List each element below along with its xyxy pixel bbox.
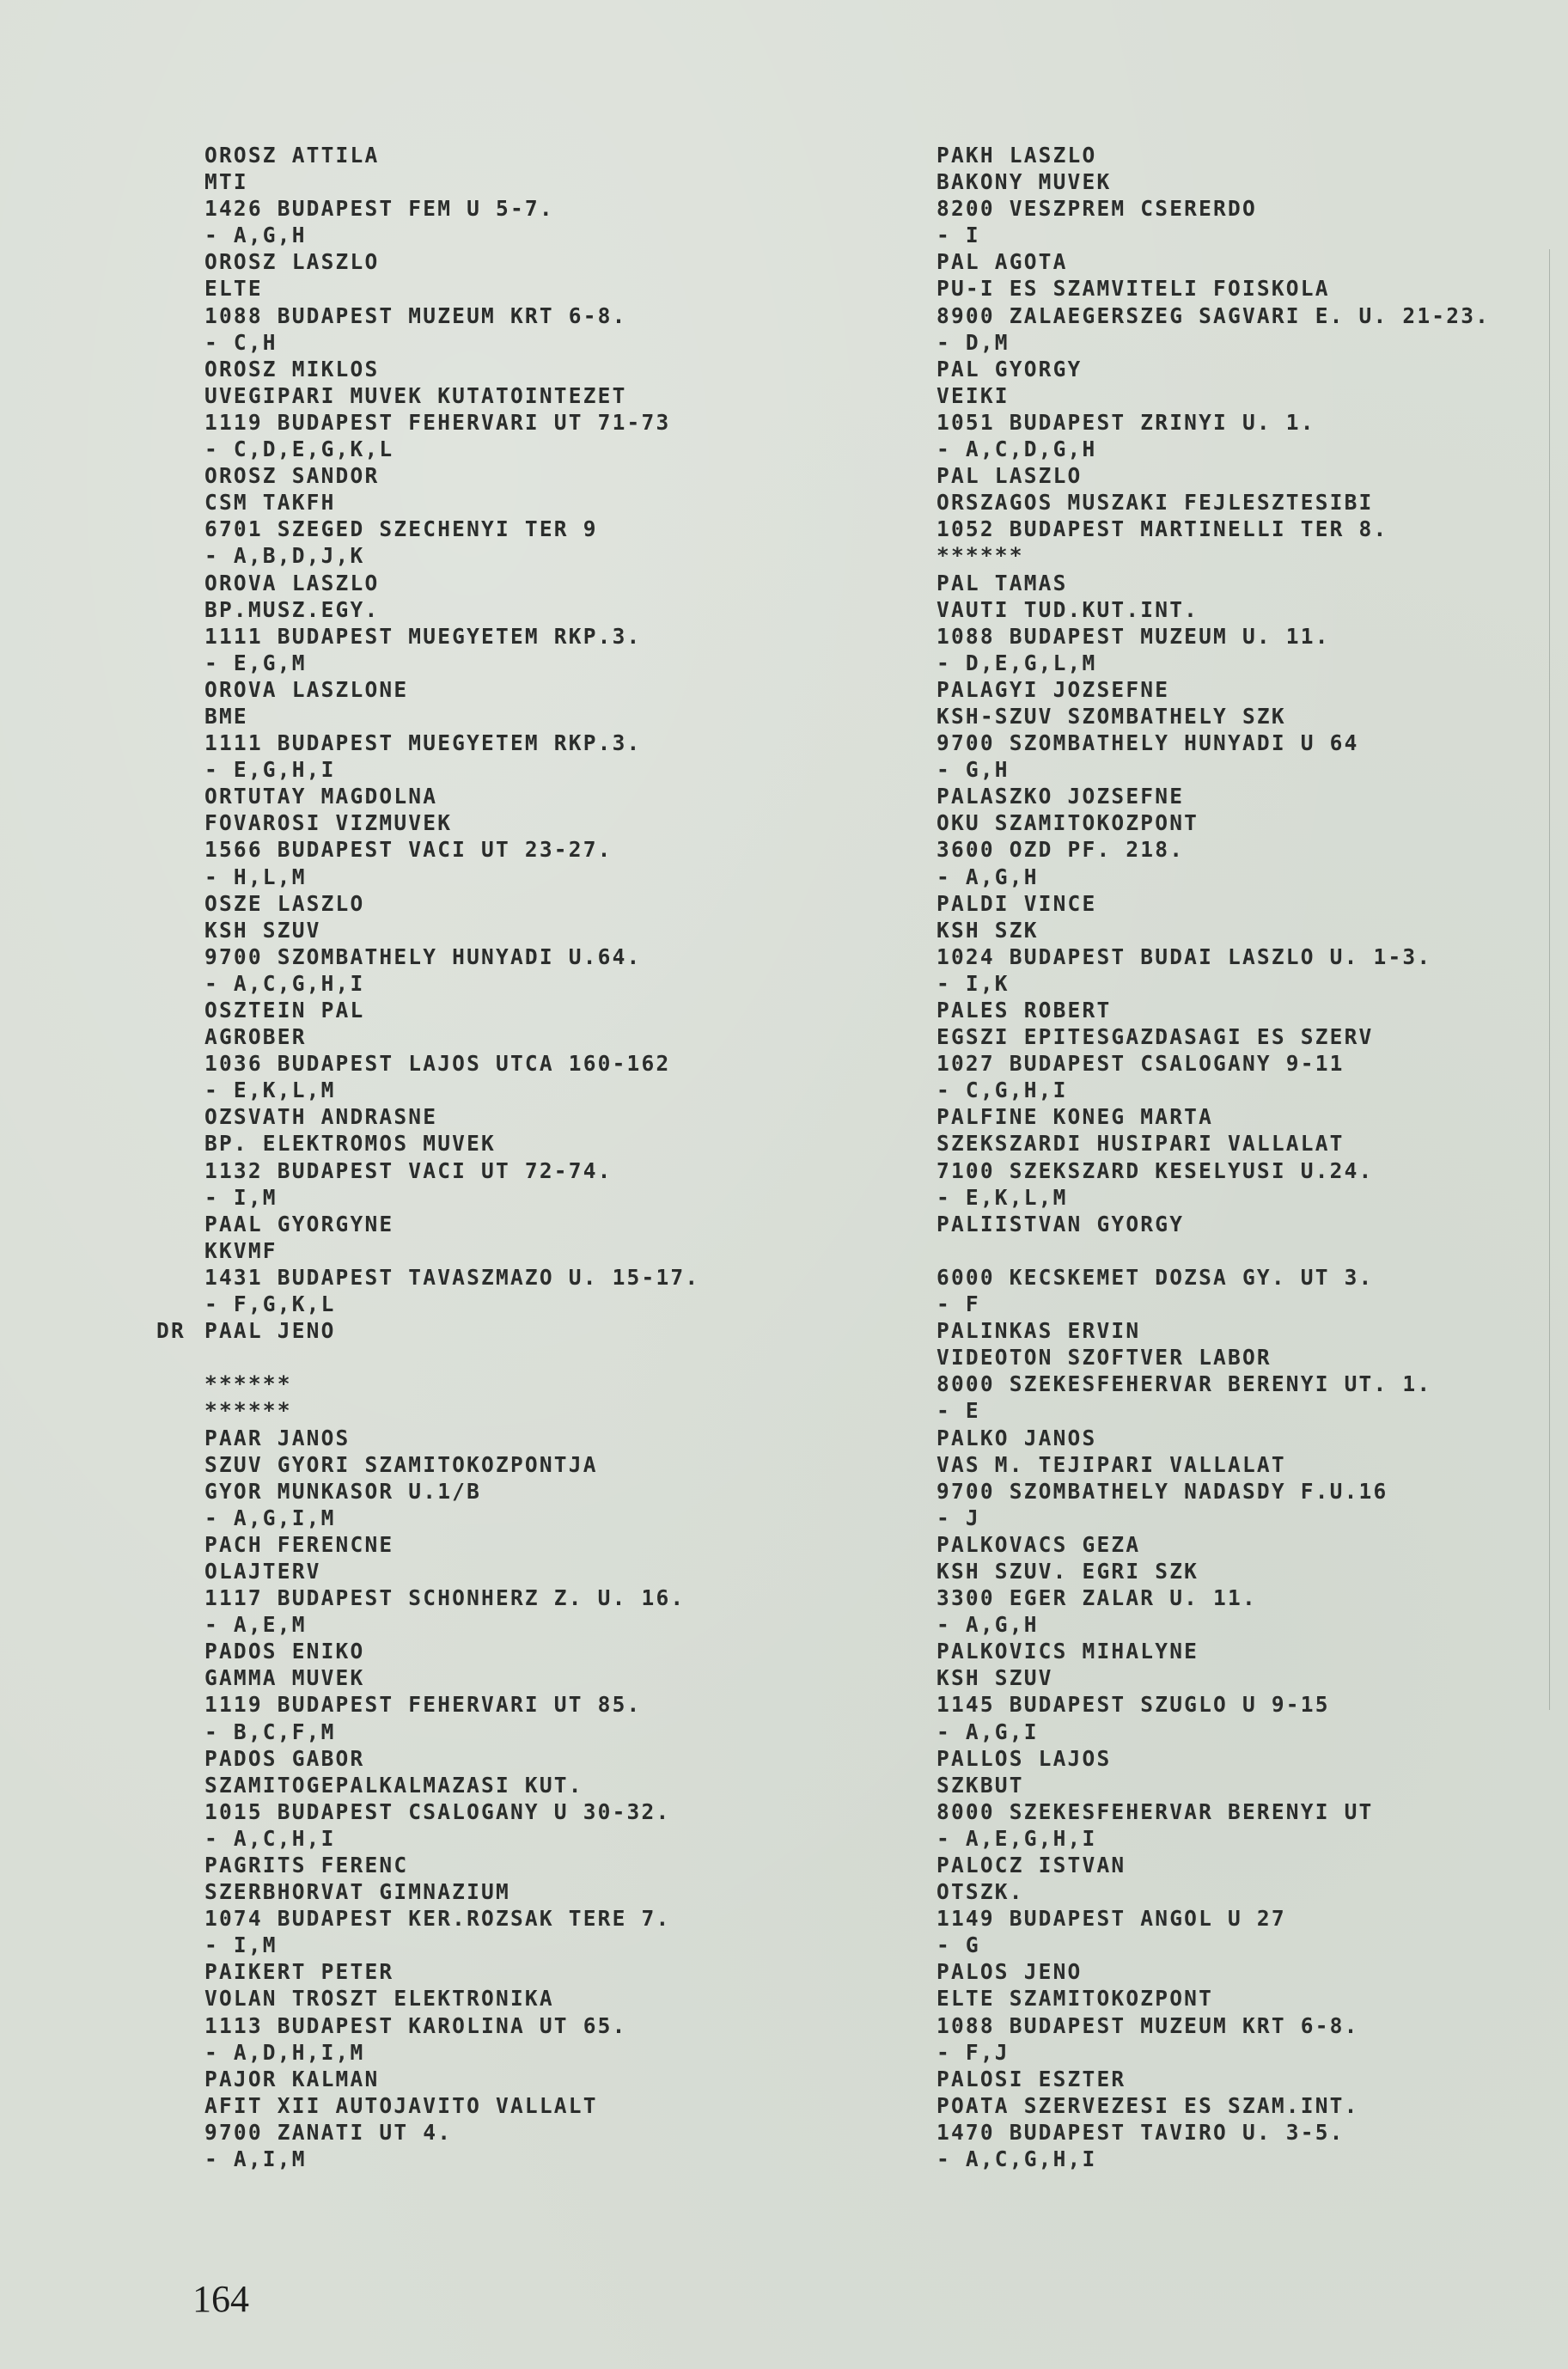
directory-line: 7100 SZEKSZARD KESELYUSI U.24.	[937, 1157, 1490, 1184]
directory-line: PALFINE KONEG MARTA	[937, 1103, 1490, 1130]
directory-line-text: MTI	[204, 169, 248, 194]
directory-line-text: - A,I,M	[204, 2146, 307, 2171]
directory-line-text: PALKO JANOS	[937, 1426, 1096, 1450]
directory-line-text: - A,E,M	[204, 1612, 307, 1637]
directory-line-text: 1051 BUDAPEST ZRINYI U. 1.	[937, 410, 1315, 435]
directory-line-text: PAAR JANOS	[204, 1426, 351, 1450]
directory-line: GAMMA MUVEK	[204, 1664, 699, 1691]
directory-line-text: 1113 BUDAPEST KAROLINA UT 65.	[204, 2013, 627, 2038]
directory-line-text: 1132 BUDAPEST VACI UT 72-74.	[204, 1158, 613, 1183]
directory-line: POATA SZERVEZESI ES SZAM.INT.	[937, 2092, 1490, 2119]
directory-line-text: BAKONY MUVEK	[937, 169, 1111, 194]
directory-line-text: PAKH LASZLO	[937, 143, 1096, 168]
directory-line-text: AFIT XII AUTOJAVITO VALLALT	[204, 2093, 598, 2118]
directory-line: 9700 SZOMBATHELY NADASDY F.U.16	[937, 1478, 1490, 1505]
directory-line-text: OTSZK.	[937, 1879, 1024, 1904]
directory-line-text: PALOS JENO	[937, 1959, 1083, 1984]
directory-line: 8900 ZALAEGERSZEG SAGVARI E. U. 21-23.	[937, 302, 1490, 329]
directory-line-text: VIDEOTON SZOFTVER LABOR	[937, 1345, 1272, 1370]
directory-line: - I	[937, 222, 1490, 248]
directory-line-text: - E,G,M	[204, 650, 307, 675]
directory-line: ORSZAGOS MUSZAKI FEJLESZTESIBI	[937, 489, 1490, 516]
directory-line-text: 8200 VESZPREM CSERERDO	[937, 196, 1257, 221]
directory-line: KSH SZUV	[204, 917, 699, 943]
directory-line: ******	[937, 542, 1490, 569]
directory-line: KSH SZK	[937, 917, 1490, 943]
directory-line-text: - A,C,H,I	[204, 1826, 336, 1851]
directory-line: - C,G,H,I	[937, 1077, 1490, 1103]
directory-column-right: PAKH LASZLOBAKONY MUVEK8200 VESZPREM CSE…	[937, 142, 1490, 2172]
directory-line: - A,G,I,M	[204, 1505, 699, 1531]
directory-line: BP. ELEKTROMOS MUVEK	[204, 1130, 699, 1157]
directory-line: - E	[937, 1397, 1490, 1424]
directory-line: BAKONY MUVEK	[937, 168, 1490, 195]
directory-line: 1111 BUDAPEST MUEGYETEM RKP.3.	[204, 623, 699, 650]
directory-line-text: 1119 BUDAPEST FEHERVARI UT 71-73	[204, 410, 670, 435]
directory-line-text: PALLOS LAJOS	[937, 1746, 1111, 1771]
directory-line: PALKO JANOS	[937, 1425, 1490, 1451]
directory-line-text: - H,L,M	[204, 864, 307, 889]
directory-line-text: PALOSI ESZTER	[937, 2067, 1126, 2091]
directory-line: PALINKAS ERVIN	[937, 1317, 1490, 1344]
directory-line: - B,C,F,M	[204, 1719, 699, 1745]
directory-line: - A,G,H	[937, 864, 1490, 890]
directory-line-text: UVEGIPARI MUVEK KUTATOINTEZET	[204, 383, 627, 408]
directory-line-text: FOVAROSI VIZMUVEK	[204, 810, 452, 835]
directory-line-text: - A,C,D,G,H	[937, 437, 1096, 461]
directory-line-text: 1088 BUDAPEST MUZEUM KRT 6-8.	[937, 2013, 1359, 2038]
directory-line: SZKBUT	[937, 1772, 1490, 1798]
directory-line-text: BP. ELEKTROMOS MUVEK	[204, 1131, 496, 1156]
directory-line: PAL LASZLO	[937, 462, 1490, 489]
directory-line-text: 1119 BUDAPEST FEHERVARI UT 85.	[204, 1692, 642, 1717]
directory-line-text: OROVA LASZLONE	[204, 677, 408, 702]
directory-line-text: - I,M	[204, 1932, 278, 1957]
directory-line: UVEGIPARI MUVEK KUTATOINTEZET	[204, 382, 699, 409]
directory-line: 1426 BUDAPEST FEM U 5-7.	[204, 195, 699, 222]
directory-line: 3300 EGER ZALAR U. 11.	[937, 1584, 1490, 1611]
directory-line-text: - A,B,D,J,K	[204, 543, 364, 568]
directory-line-text: - G	[937, 1932, 980, 1957]
directory-line-text: PAIKERT PETER	[204, 1959, 394, 1984]
directory-line-text: PALIISTVAN GYORGY	[937, 1212, 1184, 1236]
directory-line: OSZTEIN PAL	[204, 997, 699, 1023]
directory-line-text: - B,C,F,M	[204, 1719, 336, 1744]
directory-line: ELTE	[204, 275, 699, 302]
directory-line: 9700 SZOMBATHELY HUNYADI U 64	[937, 730, 1490, 756]
directory-line: PALOSI ESZTER	[937, 2066, 1490, 2092]
directory-line-text: - C,G,H,I	[937, 1078, 1068, 1102]
directory-line-text: 1149 BUDAPEST ANGOL U 27	[937, 1906, 1286, 1931]
directory-line: AFIT XII AUTOJAVITO VALLALT	[204, 2092, 699, 2119]
directory-line-text: OSZE LASZLO	[204, 891, 364, 916]
directory-line: PALLOS LAJOS	[937, 1745, 1490, 1772]
directory-line-text: ELTE SZAMITOKOZPONT	[937, 1986, 1213, 2011]
directory-line-text: - F,J	[937, 2040, 1010, 2065]
directory-line-text: 1088 BUDAPEST MUZEUM KRT 6-8.	[204, 303, 627, 328]
directory-line: 1027 BUDAPEST CSALOGANY 9-11	[937, 1050, 1490, 1077]
directory-line: SZAMITOGEPALKALMAZASI KUT.	[204, 1772, 699, 1798]
directory-line: - J	[937, 1505, 1490, 1531]
directory-line: 1036 BUDAPEST LAJOS UTCA 160-162	[204, 1050, 699, 1077]
directory-line-text: KSH-SZUV SZOMBATHELY SZK	[937, 704, 1286, 729]
directory-line: 1088 BUDAPEST MUZEUM KRT 6-8.	[204, 302, 699, 329]
directory-line-text: OSZTEIN PAL	[204, 998, 364, 1023]
directory-line-text: - A,G,H	[204, 223, 307, 247]
directory-line: SZEKSZARDI HUSIPARI VALLALAT	[937, 1130, 1490, 1157]
directory-line-text: PAL TAMAS	[937, 571, 1068, 595]
directory-line-text: PAL LASZLO	[937, 463, 1083, 488]
directory-line: - D,M	[937, 329, 1490, 356]
directory-line-text: 1470 BUDAPEST TAVIRO U. 3-5.	[937, 2120, 1345, 2145]
directory-line-text: OROSZ MIKLOS	[204, 357, 379, 382]
directory-line-text: VAUTI TUD.KUT.INT.	[937, 597, 1199, 622]
directory-line-text: VOLAN TROSZT ELEKTRONIKA	[204, 1986, 554, 2011]
directory-line-text: 3600 OZD PF. 218.	[937, 837, 1184, 862]
directory-line-text: 1426 BUDAPEST FEM U 5-7.	[204, 196, 554, 221]
directory-line-text: 1117 BUDAPEST SCHONHERZ Z. U. 16.	[204, 1585, 685, 1610]
directory-line: - I,M	[204, 1184, 699, 1211]
directory-line: PALAGYI JOZSEFNE	[937, 676, 1490, 703]
directory-line-text: OROVA LASZLO	[204, 571, 379, 595]
directory-line-text: - E	[937, 1398, 980, 1423]
directory-line: PAJOR KALMAN	[204, 2066, 699, 2092]
directory-line: - E,K,L,M	[204, 1077, 699, 1103]
directory-line: - E,K,L,M	[937, 1184, 1490, 1211]
directory-line: PALOCZ ISTVAN	[937, 1852, 1490, 1878]
directory-line-text: - A,G,H	[937, 1612, 1039, 1637]
directory-line-text: 9700 SZOMBATHELY NADASDY F.U.16	[937, 1479, 1388, 1504]
directory-line-text: PALASZKO JOZSEFNE	[937, 784, 1184, 809]
name-prefix: DR	[156, 1317, 186, 1344]
directory-line-text: 9700 SZOMBATHELY HUNYADI U.64.	[204, 944, 642, 969]
directory-line: MTI	[204, 168, 699, 195]
directory-line-text: - A,E,G,H,I	[937, 1826, 1096, 1851]
directory-line: 1149 BUDAPEST ANGOL U 27	[937, 1905, 1490, 1932]
directory-line-text: BME	[204, 704, 248, 729]
directory-line: 6000 KECSKEMET DOZSA GY. UT 3.	[937, 1264, 1490, 1291]
directory-line: PADOS GABOR	[204, 1745, 699, 1772]
directory-line: KSH-SZUV SZOMBATHELY SZK	[937, 703, 1490, 730]
directory-line-text: - G,H	[937, 757, 1010, 782]
directory-line: 1566 BUDAPEST VACI UT 23-27.	[204, 836, 699, 863]
directory-line: PALDI VINCE	[937, 890, 1490, 917]
directory-line: PADOS ENIKO	[204, 1638, 699, 1664]
directory-line: VAUTI TUD.KUT.INT.	[937, 596, 1490, 623]
directory-line: PAL AGOTA	[937, 248, 1490, 275]
directory-line-text: - A,C,G,H,I	[204, 971, 364, 996]
directory-line: PACH FERENCNE	[204, 1531, 699, 1558]
directory-line: - A,G,I	[937, 1719, 1490, 1745]
directory-line: 3600 OZD PF. 218.	[937, 836, 1490, 863]
directory-line: AGROBER	[204, 1023, 699, 1050]
directory-line: 8000 SZEKESFEHERVAR BERENYI UT. 1.	[937, 1371, 1490, 1397]
directory-line: 1052 BUDAPEST MARTINELLI TER 8.	[937, 516, 1490, 542]
directory-line: - A,B,D,J,K	[204, 542, 699, 569]
directory-line: - A,C,G,H,I	[204, 970, 699, 997]
directory-line-text: - A,D,H,I,M	[204, 2040, 364, 2065]
directory-line: ORTUTAY MAGDOLNA	[204, 783, 699, 809]
directory-line: BME	[204, 703, 699, 730]
directory-line-text: 1088 BUDAPEST MUZEUM U. 11.	[937, 624, 1330, 649]
directory-line: GYOR MUNKASOR U.1/B	[204, 1478, 699, 1505]
directory-line-text: GAMMA MUVEK	[204, 1665, 364, 1690]
directory-line: OROVA LASZLO	[204, 570, 699, 596]
directory-line-text: PALKOVACS GEZA	[937, 1532, 1140, 1557]
directory-line: - I,K	[937, 970, 1490, 997]
directory-line: OSZE LASZLO	[204, 890, 699, 917]
directory-line-text: 7100 SZEKSZARD KESELYUSI U.24.	[937, 1158, 1374, 1183]
directory-line-text: 1015 BUDAPEST CSALOGANY U 30-32.	[204, 1799, 670, 1824]
directory-line: - A,G,H	[204, 222, 699, 248]
directory-line-text: KSH SZUV	[204, 918, 321, 943]
directory-line: OKU SZAMITOKOZPONT	[937, 809, 1490, 836]
directory-line: PALKOVICS MIHALYNE	[937, 1638, 1490, 1664]
directory-line: PAL TAMAS	[937, 570, 1490, 596]
directory-line: DRPAAL JENO	[204, 1317, 699, 1344]
directory-line: FOVAROSI VIZMUVEK	[204, 809, 699, 836]
directory-line: - G	[937, 1932, 1490, 1958]
directory-line: - D,E,G,L,M	[937, 650, 1490, 676]
directory-line-text: CSM TAKFH	[204, 490, 336, 515]
directory-line: 1015 BUDAPEST CSALOGANY U 30-32.	[204, 1798, 699, 1825]
directory-line: - A,C,G,H,I	[937, 2146, 1490, 2172]
directory-line: PAAR JANOS	[204, 1425, 699, 1451]
directory-line: 1074 BUDAPEST KER.ROZSAK TERE 7.	[204, 1905, 699, 1932]
directory-line-text: AGROBER	[204, 1024, 307, 1049]
directory-line: SZUV GYORI SZAMITOKOZPONTJA	[204, 1451, 699, 1478]
directory-line-text: - A,G,H	[937, 864, 1039, 889]
directory-line	[937, 1237, 1490, 1264]
directory-line: - A,E,M	[204, 1611, 699, 1638]
directory-line-text: POATA SZERVEZESI ES SZAM.INT.	[937, 2093, 1359, 2118]
directory-line-text: OLAJTERV	[204, 1559, 321, 1584]
directory-line-text: GYOR MUNKASOR U.1/B	[204, 1479, 481, 1504]
page-edge-divider	[1549, 249, 1550, 1710]
directory-line: - C,D,E,G,K,L	[204, 436, 699, 462]
directory-line-text: - D,E,G,L,M	[937, 650, 1096, 675]
directory-line: 1132 BUDAPEST VACI UT 72-74.	[204, 1157, 699, 1184]
directory-line-text: 1074 BUDAPEST KER.ROZSAK TERE 7.	[204, 1906, 670, 1931]
directory-line-text: SZUV GYORI SZAMITOKOZPONTJA	[204, 1452, 598, 1477]
directory-line-text: 1052 BUDAPEST MARTINELLI TER 8.	[937, 516, 1388, 541]
directory-line-text: SZKBUT	[937, 1773, 1024, 1798]
directory-line-text: 1111 BUDAPEST MUEGYETEM RKP.3.	[204, 624, 642, 649]
directory-line: - A,I,M	[204, 2146, 699, 2172]
directory-line: OZSVATH ANDRASNE	[204, 1103, 699, 1130]
directory-line-text: - F,G,K,L	[204, 1291, 336, 1316]
directory-line: OROVA LASZLONE	[204, 676, 699, 703]
directory-line-text: - I,K	[937, 971, 1010, 996]
directory-line-text: BP.MUSZ.EGY.	[204, 597, 379, 622]
directory-line: 1088 BUDAPEST MUZEUM U. 11.	[937, 623, 1490, 650]
directory-line: VEIKI	[937, 382, 1490, 409]
directory-line-text: PAL GYORGY	[937, 357, 1083, 382]
directory-line: 9700 SZOMBATHELY HUNYADI U.64.	[204, 943, 699, 970]
directory-line: PAIKERT PETER	[204, 1958, 699, 1985]
directory-line-text: 8900 ZALAEGERSZEG SAGVARI E. U. 21-23.	[937, 303, 1490, 328]
directory-line-text: EGSZI EPITESGAZDASAGI ES SZERV	[937, 1024, 1374, 1049]
directory-line-text: ******	[204, 1398, 292, 1423]
directory-line-text: 1036 BUDAPEST LAJOS UTCA 160-162	[204, 1051, 670, 1076]
directory-line: - E,G,H,I	[204, 756, 699, 783]
directory-line-text: - I,M	[204, 1185, 278, 1210]
directory-line-text: SZAMITOGEPALKALMAZASI KUT.	[204, 1773, 583, 1798]
directory-line-text: - J	[937, 1505, 980, 1530]
directory-line: 1088 BUDAPEST MUZEUM KRT 6-8.	[937, 2012, 1490, 2039]
directory-line-text: SZERBHORVAT GIMNAZIUM	[204, 1879, 510, 1904]
directory-line-text: PALDI VINCE	[937, 891, 1096, 916]
directory-line: 1051 BUDAPEST ZRINYI U. 1.	[937, 409, 1490, 436]
directory-line	[204, 1344, 699, 1371]
directory-page: OROSZ ATTILAMTI1426 BUDAPEST FEM U 5-7.-…	[0, 0, 1568, 2369]
directory-line: - I,M	[204, 1932, 699, 1958]
directory-line: 1119 BUDAPEST FEHERVARI UT 85.	[204, 1691, 699, 1718]
directory-line: PALES ROBERT	[937, 997, 1490, 1023]
directory-line: ******	[204, 1397, 699, 1424]
directory-line-text: - E,K,L,M	[937, 1185, 1068, 1210]
directory-line-text: ELTE	[204, 276, 263, 301]
directory-line-text: KSH SZUV. EGRI SZK	[937, 1559, 1199, 1584]
directory-line-text: VEIKI	[937, 383, 1010, 408]
directory-line-text: KKVMF	[204, 1238, 278, 1263]
directory-line: PAGRITS FERENC	[204, 1852, 699, 1878]
directory-line-text: 1027 BUDAPEST CSALOGANY 9-11	[937, 1051, 1345, 1076]
directory-line: - A,D,H,I,M	[204, 2039, 699, 2066]
directory-line-text: 1566 BUDAPEST VACI UT 23-27.	[204, 837, 613, 862]
directory-line: OROSZ ATTILA	[204, 142, 699, 168]
directory-line: - A,C,H,I	[204, 1825, 699, 1852]
directory-line: OTSZK.	[937, 1878, 1490, 1905]
directory-line: BP.MUSZ.EGY.	[204, 596, 699, 623]
directory-line-text: ******	[937, 543, 1024, 568]
directory-line: 1024 BUDAPEST BUDAI LASZLO U. 1-3.	[937, 943, 1490, 970]
directory-line: CSM TAKFH	[204, 489, 699, 516]
directory-line-text: PALES ROBERT	[937, 998, 1111, 1023]
directory-line-text: 6701 SZEGED SZECHENYI TER 9	[204, 516, 598, 541]
directory-line: EGSZI EPITESGAZDASAGI ES SZERV	[937, 1023, 1490, 1050]
directory-line: PALIISTVAN GYORGY	[937, 1211, 1490, 1237]
directory-line-text: 8000 SZEKESFEHERVAR BERENYI UT. 1.	[937, 1371, 1431, 1396]
directory-line-text: - D,M	[937, 330, 1010, 355]
directory-line-text: - F	[937, 1291, 980, 1316]
directory-line-text: - E,G,H,I	[204, 757, 336, 782]
directory-line: - E,G,M	[204, 650, 699, 676]
directory-line-text: 3300 EGER ZALAR U. 11.	[937, 1585, 1257, 1610]
directory-line-text: - C,H	[204, 330, 278, 355]
directory-line-text: 1145 BUDAPEST SZUGLO U 9-15	[937, 1692, 1330, 1717]
directory-line: - C,H	[204, 329, 699, 356]
directory-line: OROSZ LASZLO	[204, 248, 699, 275]
directory-line: 8000 SZEKESFEHERVAR BERENYI UT	[937, 1798, 1490, 1825]
directory-line-text: ******	[204, 1371, 292, 1396]
directory-line: 1119 BUDAPEST FEHERVARI UT 71-73	[204, 409, 699, 436]
directory-line-text: - A,C,G,H,I	[937, 2146, 1096, 2171]
directory-line: - F	[937, 1291, 1490, 1317]
directory-line-text: PADOS GABOR	[204, 1746, 364, 1771]
directory-line-text: OROSZ ATTILA	[204, 143, 379, 168]
directory-line: - F,J	[937, 2039, 1490, 2066]
directory-line: PAAL GYORGYNE	[204, 1211, 699, 1237]
directory-line-text: - C,D,E,G,K,L	[204, 437, 394, 461]
directory-line: ******	[204, 1371, 699, 1397]
directory-line-text: 1111 BUDAPEST MUEGYETEM RKP.3.	[204, 730, 642, 755]
directory-line: SZERBHORVAT GIMNAZIUM	[204, 1878, 699, 1905]
directory-line: 1113 BUDAPEST KAROLINA UT 65.	[204, 2012, 699, 2039]
directory-line-text: 8000 SZEKESFEHERVAR BERENYI UT	[937, 1799, 1374, 1824]
directory-line-text: - A,G,I,M	[204, 1505, 336, 1530]
page-number: 164	[192, 2277, 249, 2321]
directory-line-text: OZSVATH ANDRASNE	[204, 1104, 437, 1129]
directory-line: VOLAN TROSZT ELEKTRONIKA	[204, 1985, 699, 2012]
directory-line-text: PALKOVICS MIHALYNE	[937, 1639, 1199, 1664]
directory-line-text: PALAGYI JOZSEFNE	[937, 677, 1169, 702]
directory-line: OLAJTERV	[204, 1558, 699, 1584]
directory-line-text: PADOS ENIKO	[204, 1639, 364, 1664]
directory-line-text: 6000 KECSKEMET DOZSA GY. UT 3.	[937, 1265, 1374, 1290]
directory-line: VAS M. TEJIPARI VALLALAT	[937, 1451, 1490, 1478]
directory-line: - F,G,K,L	[204, 1291, 699, 1317]
directory-line-text: PAAL GYORGYNE	[204, 1212, 394, 1236]
directory-line: - A,G,H	[937, 1611, 1490, 1638]
directory-line-text: PAL AGOTA	[937, 249, 1068, 274]
directory-line: VIDEOTON SZOFTVER LABOR	[937, 1344, 1490, 1371]
directory-line-text: KSH SZUV	[937, 1665, 1053, 1690]
directory-line: 6701 SZEGED SZECHENYI TER 9	[204, 516, 699, 542]
directory-line: 9700 ZANATI UT 4.	[204, 2119, 699, 2146]
directory-line-text: PALFINE KONEG MARTA	[937, 1104, 1213, 1129]
directory-line: - A,E,G,H,I	[937, 1825, 1490, 1852]
directory-line: 1145 BUDAPEST SZUGLO U 9-15	[937, 1691, 1490, 1718]
directory-line: PALOS JENO	[937, 1958, 1490, 1985]
directory-line: PALKOVACS GEZA	[937, 1531, 1490, 1558]
directory-line-text: PALINKAS ERVIN	[937, 1318, 1140, 1343]
directory-line-text: PALOCZ ISTVAN	[937, 1853, 1126, 1877]
directory-line: PAKH LASZLO	[937, 142, 1490, 168]
directory-line-text: - E,K,L,M	[204, 1078, 336, 1102]
directory-line-text: PU-I ES SZAMVITELI FOISKOLA	[937, 276, 1330, 301]
directory-line: 1117 BUDAPEST SCHONHERZ Z. U. 16.	[204, 1584, 699, 1611]
directory-line: - A,C,D,G,H	[937, 436, 1490, 462]
directory-line-text: ORTUTAY MAGDOLNA	[204, 784, 437, 809]
directory-line: 8200 VESZPREM CSERERDO	[937, 195, 1490, 222]
directory-line-text: PAAL JENO	[204, 1318, 336, 1343]
directory-line: PU-I ES SZAMVITELI FOISKOLA	[937, 275, 1490, 302]
directory-line: OROSZ MIKLOS	[204, 356, 699, 382]
directory-line: PALASZKO JOZSEFNE	[937, 783, 1490, 809]
directory-line-text: PAJOR KALMAN	[204, 2067, 379, 2091]
directory-line: KSH SZUV	[937, 1664, 1490, 1691]
directory-line: - G,H	[937, 756, 1490, 783]
directory-line: 1431 BUDAPEST TAVASZMAZO U. 15-17.	[204, 1264, 699, 1291]
directory-line-text: KSH SZK	[937, 918, 1039, 943]
directory-line-text: 1024 BUDAPEST BUDAI LASZLO U. 1-3.	[937, 944, 1431, 969]
directory-line-text: 9700 ZANATI UT 4.	[204, 2120, 452, 2145]
directory-line-text: SZEKSZARDI HUSIPARI VALLALAT	[937, 1131, 1345, 1156]
directory-line-text: VAS M. TEJIPARI VALLALAT	[937, 1452, 1286, 1477]
directory-line-text: OKU SZAMITOKOZPONT	[937, 810, 1199, 835]
directory-line-text: ORSZAGOS MUSZAKI FEJLESZTESIBI	[937, 490, 1374, 515]
directory-line: KSH SZUV. EGRI SZK	[937, 1558, 1490, 1584]
directory-line-text: - A,G,I	[937, 1719, 1039, 1744]
directory-line: PAL GYORGY	[937, 356, 1490, 382]
directory-line-text: 1431 BUDAPEST TAVASZMAZO U. 15-17.	[204, 1265, 699, 1290]
directory-line: OROSZ SANDOR	[204, 462, 699, 489]
directory-line: ELTE SZAMITOKOZPONT	[937, 1985, 1490, 2012]
directory-line-text: PACH FERENCNE	[204, 1532, 394, 1557]
directory-line: KKVMF	[204, 1237, 699, 1264]
directory-column-left: OROSZ ATTILAMTI1426 BUDAPEST FEM U 5-7.-…	[204, 142, 699, 2172]
